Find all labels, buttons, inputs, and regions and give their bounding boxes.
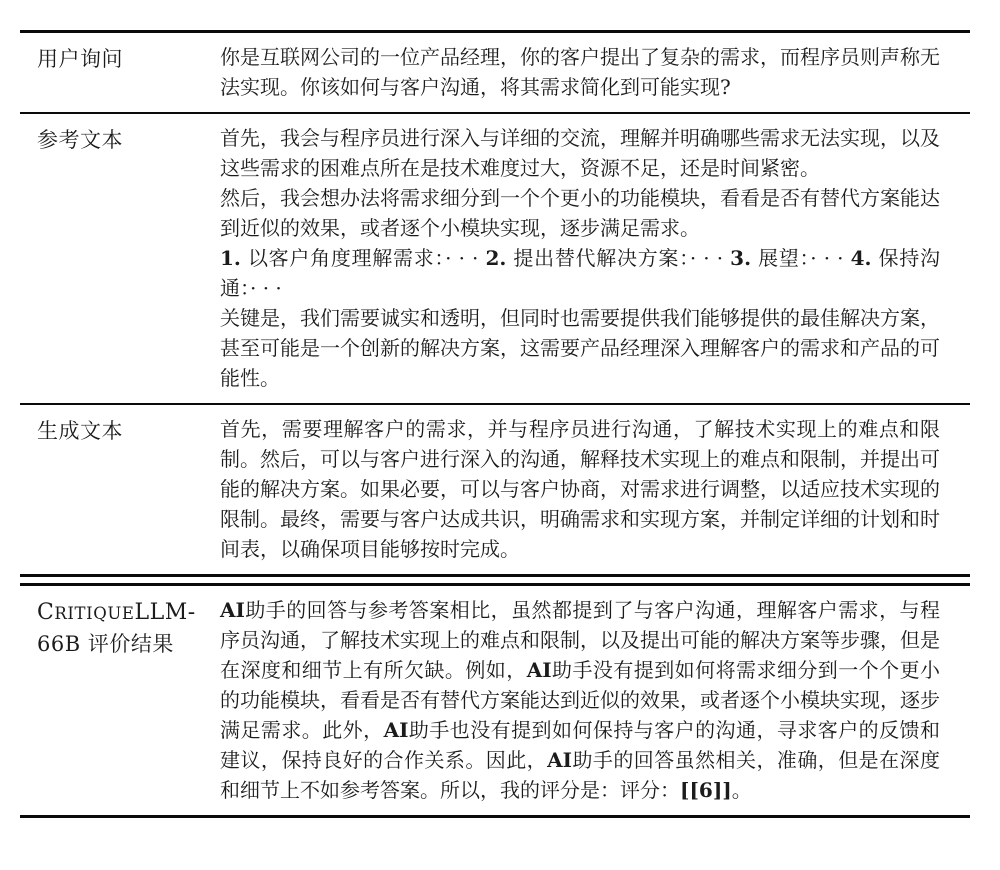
row-content-critique-result: AI助手的回答与参考答案相比，虽然都提到了与客户沟通，理解客户需求，与程序员沟通… [220, 595, 970, 805]
critique-label-line2: 66B 评价结果 [37, 629, 220, 659]
row-content-reference-text: 首先，我会与程序员进行深入与详细的交流，理解并明确哪些需求无法实现，以及这些需求… [220, 123, 970, 393]
text-segment: 以客户角度理解需求：· · · [241, 246, 486, 270]
paragraph: 首先，我会与程序员进行深入与详细的交流，理解并明确哪些需求无法实现，以及这些需求… [220, 123, 940, 183]
row-label-generated-text: 生成文本 [20, 414, 220, 564]
critique-model-name: CRITIQUELLM- [37, 597, 220, 629]
text-segment-bold: AI [220, 598, 245, 622]
text-segment: 。 [732, 778, 752, 802]
row-critique-result: CRITIQUELLM- 66B 评价结果 AI助手的回答与参考答案相比，虽然都… [20, 586, 970, 815]
row-label-user-query: 用户询问 [20, 42, 220, 102]
text-segment: 提出替代解决方案：· · · [506, 246, 730, 270]
list-number: 2. [485, 246, 506, 270]
list-number: 4. [851, 246, 872, 270]
row-generated-text: 生成文本 首先，需要理解客户的需求，并与程序员进行沟通，了解技术实现上的难点和限… [20, 405, 970, 574]
row-content-user-query: 你是互联网公司的一位产品经理，你的客户提出了复杂的需求，而程序员则声称无法实现。… [220, 42, 970, 102]
text-segment-bold: AI [384, 718, 409, 742]
score-value: [[6]] [680, 778, 732, 802]
text-segment: 展望：· · · [751, 246, 851, 270]
row-reference-text: 参考文本 首先，我会与程序员进行深入与详细的交流，理解并明确哪些需求无法实现，以… [20, 114, 970, 403]
divider-double-before-critique [20, 574, 970, 586]
paragraph: 然后，我会想办法将需求细分到一个个更小的功能模块，看看是否有替代方案能达到近似的… [220, 183, 940, 243]
list-number: 3. [730, 246, 751, 270]
text-segment: 你是互联网公司的一位产品经理，你的客户提出了复杂的需求，而程序员则声称无法实现。… [220, 45, 940, 99]
text-segment: 关键是，我们需要诚实和透明，但同时也需要提供我们能够提供的最佳解决方案，甚至可能… [220, 306, 940, 390]
text-segment-bold: AI [547, 748, 572, 772]
text-segment: 首先，我会与程序员进行深入与详细的交流，理解并明确哪些需求无法实现，以及这些需求… [220, 126, 940, 180]
row-label-reference-text: 参考文本 [20, 123, 220, 393]
paragraph: 你是互联网公司的一位产品经理，你的客户提出了复杂的需求，而程序员则声称无法实现。… [220, 42, 940, 102]
evaluation-table: 用户询问 你是互联网公司的一位产品经理，你的客户提出了复杂的需求，而程序员则声称… [20, 30, 970, 818]
paragraph-numbered-list: 1. 以客户角度理解需求：· · · 2. 提出替代解决方案：· · · 3. … [220, 243, 940, 303]
row-label-critique-result: CRITIQUELLM- 66B 评价结果 [20, 595, 220, 805]
row-user-query: 用户询问 你是互联网公司的一位产品经理，你的客户提出了复杂的需求，而程序员则声称… [20, 33, 970, 112]
row-content-generated-text: 首先，需要理解客户的需求，并与程序员进行沟通，了解技术实现上的难点和限制。然后，… [220, 414, 970, 564]
text-segment: 然后，我会想办法将需求细分到一个个更小的功能模块，看看是否有替代方案能达到近似的… [220, 186, 940, 240]
paragraph: 首先，需要理解客户的需求，并与程序员进行沟通，了解技术实现上的难点和限制。然后，… [220, 414, 940, 564]
text-segment: 首先，需要理解客户的需求，并与程序员进行沟通，了解技术实现上的难点和限制。然后，… [220, 417, 940, 561]
paragraph: 关键是，我们需要诚实和透明，但同时也需要提供我们能够提供的最佳解决方案，甚至可能… [220, 303, 940, 393]
list-number: 1. [220, 246, 241, 270]
paragraph: AI助手的回答与参考答案相比，虽然都提到了与客户沟通，理解客户需求，与程序员沟通… [220, 595, 940, 805]
text-segment-bold: AI [527, 658, 552, 682]
